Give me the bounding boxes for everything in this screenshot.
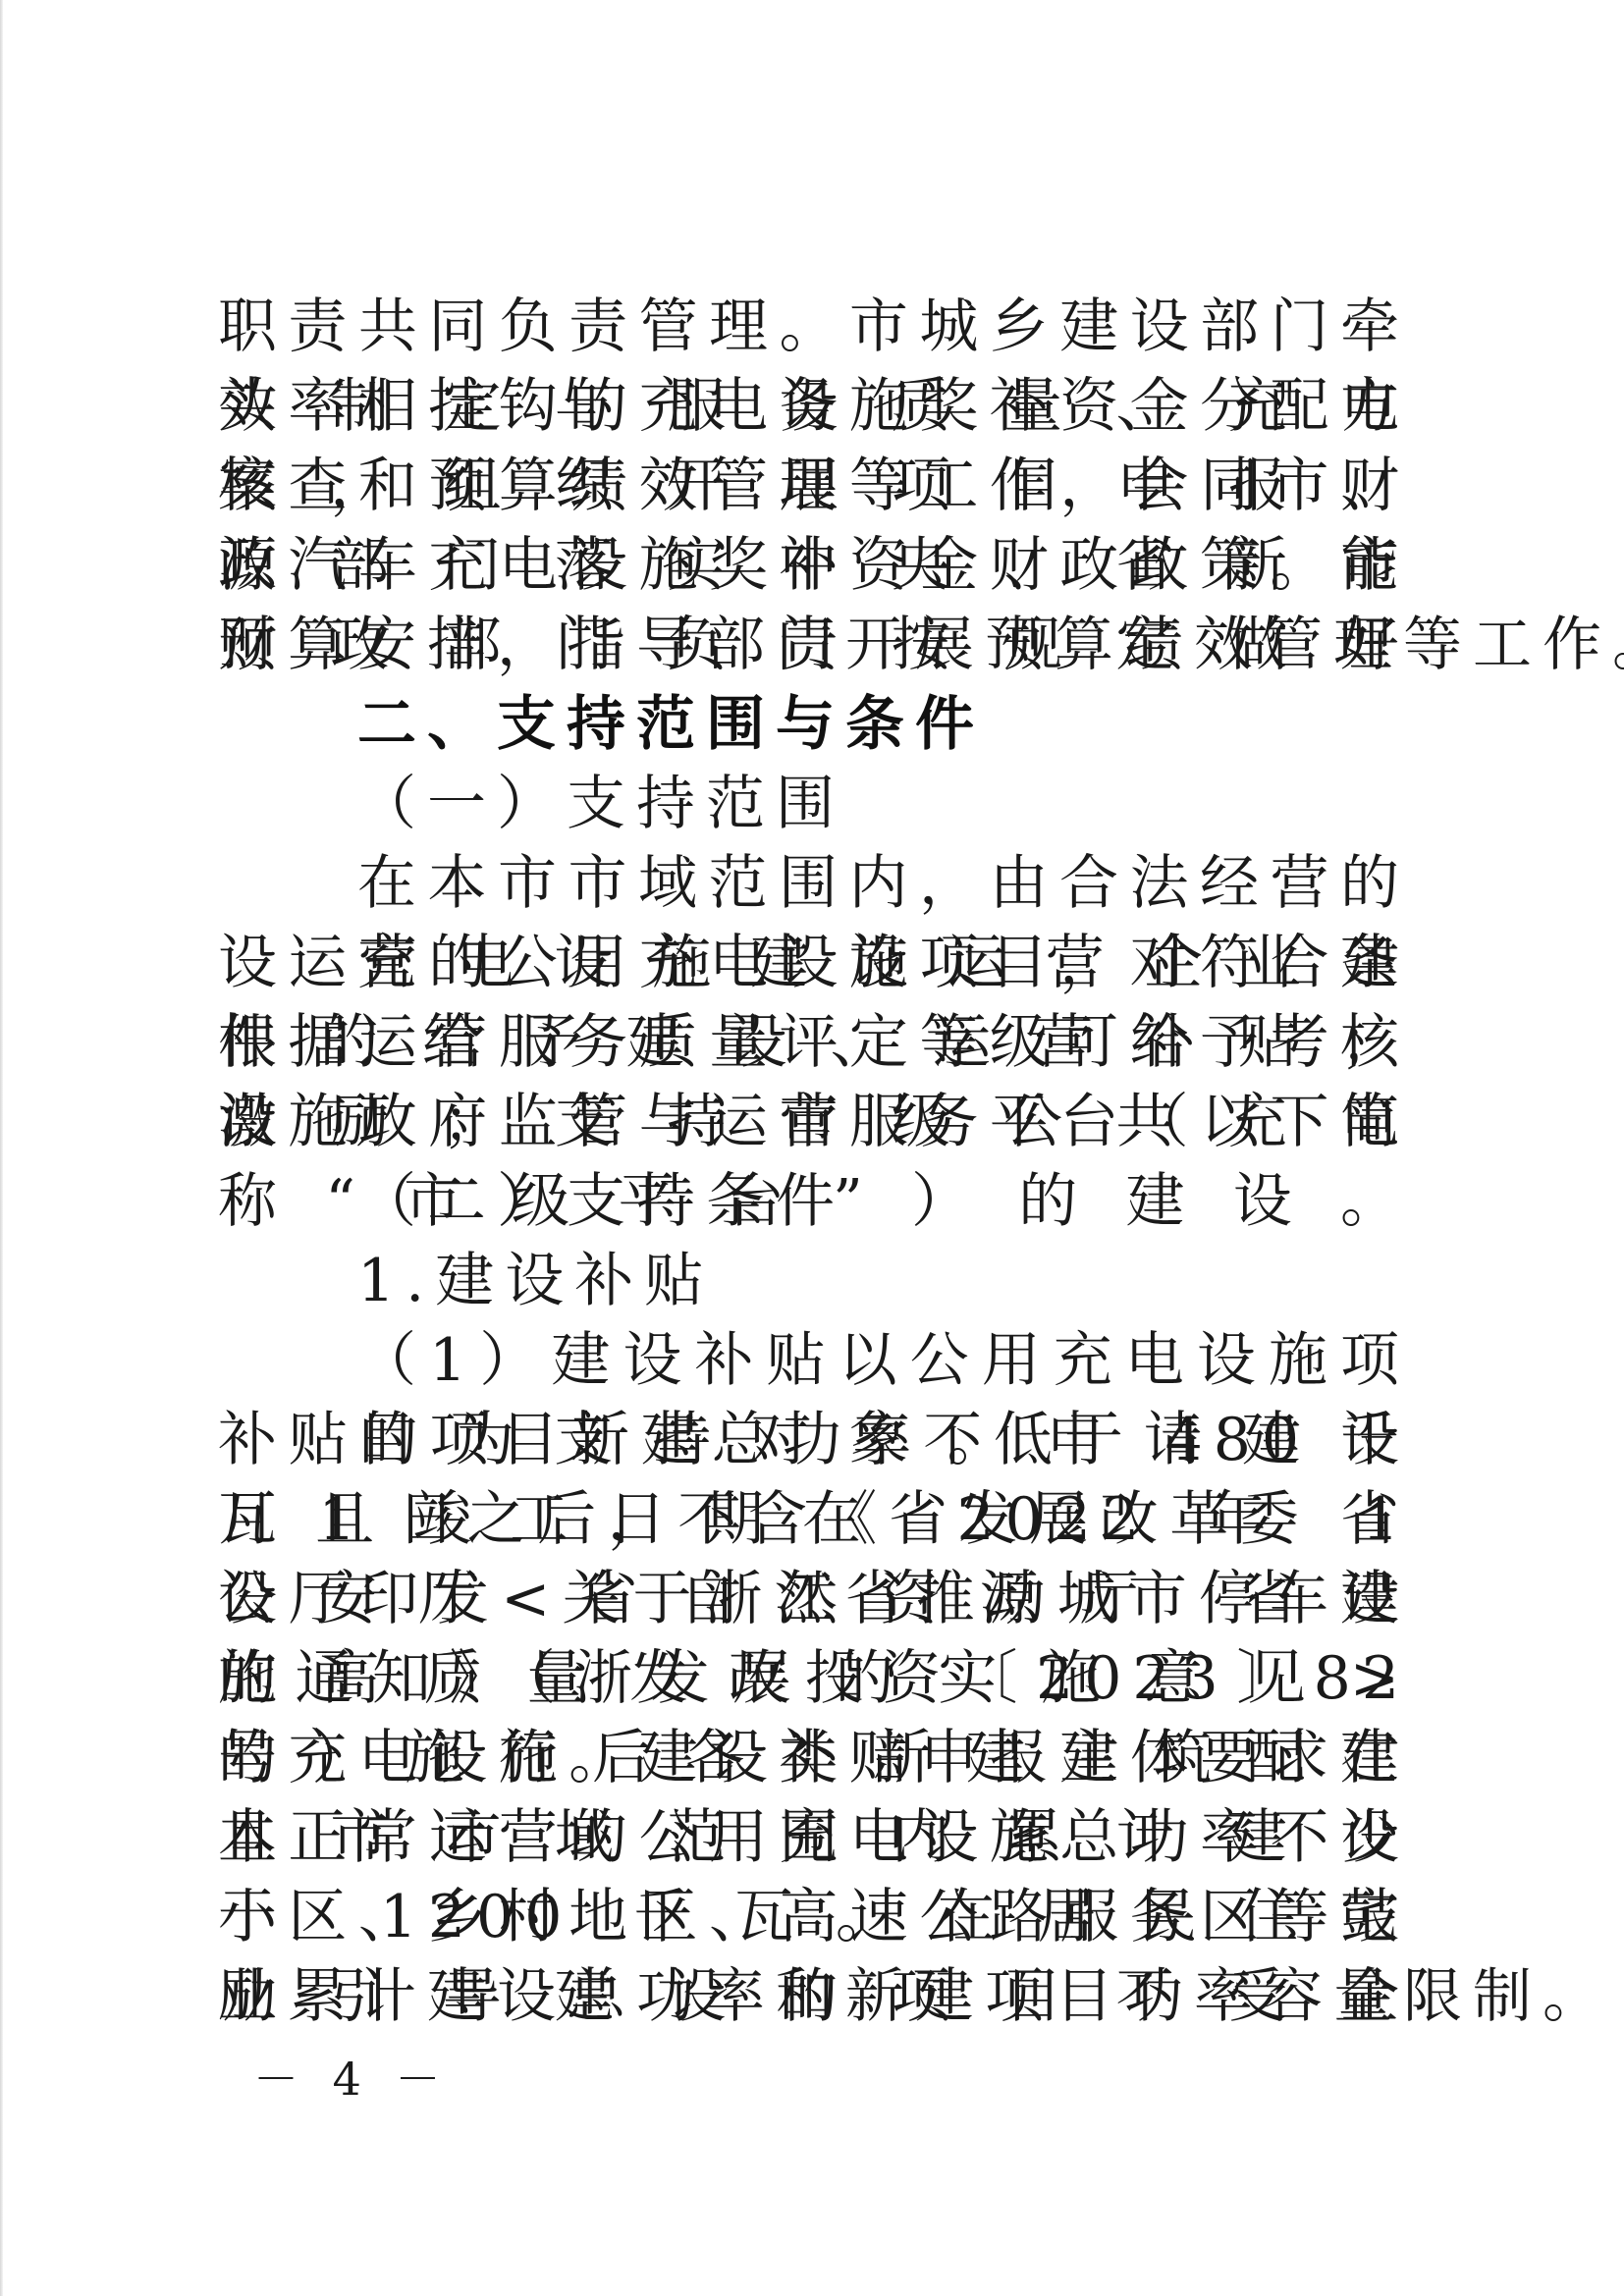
- body-line: 月 1 日之后，不含《省发展改革委 省公安厅 省自然资源厅 省建: [218, 1480, 1410, 1560]
- body-line: 业累计建设总功率和新建项目功率容量限制。: [218, 1957, 1410, 2037]
- body-line: 设厅印发<关于浙江省推动城市停车设施高质量发展的实施意见>: [218, 1560, 1410, 1639]
- body-line: 源汽车充电设施奖补资金财政政策。市财政部门负责按规定做好: [218, 526, 1410, 606]
- body-line: 的充电设施。建设补贴申报主体要求在本市市域范围内累计建设: [218, 1719, 1410, 1798]
- subsection-heading: （一）支持范围: [218, 765, 1410, 844]
- paragraph-first-line: （1）建设补贴以公用充电设施项目为支持对象。申请建设: [218, 1321, 1410, 1401]
- paragraph-first-line: 在本市市域范围内，由合法经营的充电设施建设运营企业建: [218, 844, 1410, 924]
- section-heading: 二、支持范围与条件: [218, 685, 1410, 765]
- body-line: 效率相挂钩的充电设施奖补资金分配方案，组织开展项目申报、: [218, 367, 1410, 447]
- document-body: 职责共同负责管理。市城乡建设部门牵头制定与服务质量、充电 效率相挂钩的充电设施奖…: [218, 288, 1410, 2037]
- body-line: 根据运营服务质量评定等级可给予考核激励；支持市级公共充电: [218, 1003, 1410, 1083]
- body-line: 设施政府监管与运营服务平台（以下简称“市级平台”）的建设。: [218, 1083, 1410, 1162]
- body-line: 核查和预算绩效管理等工作，会同市财政部门落实中央、省新能: [218, 447, 1410, 526]
- scan-page-edge: [0, 0, 3, 2296]
- body-line: 且正常运营的公用充电设施总功率不少于 1200 千瓦。在居民住宅: [218, 1798, 1410, 1878]
- body-line: 预算安排，指导部门开展预算绩效管理等工作。: [218, 606, 1410, 685]
- body-line: 的通知》（浙发改投资〔2023〕82 号）施行后各类新建建筑配建: [218, 1639, 1410, 1719]
- body-line: 设运营的公用充电设施项目，对符合条件的给予建设、运营补贴；: [218, 924, 1410, 1003]
- body-line: 补贴的项目新建总功率不低于 480 千瓦且竣工日期在 2022 年 1: [218, 1401, 1410, 1480]
- item-heading: 1.建设补贴: [218, 1242, 1410, 1321]
- body-line: 小区、乡村地区、高速公路服务区等鼓励引导建设的项目不受企: [218, 1878, 1410, 1957]
- body-line: 职责共同负责管理。市城乡建设部门牵头制定与服务质量、充电: [218, 288, 1410, 367]
- page-number: － 4 －: [253, 2052, 451, 2107]
